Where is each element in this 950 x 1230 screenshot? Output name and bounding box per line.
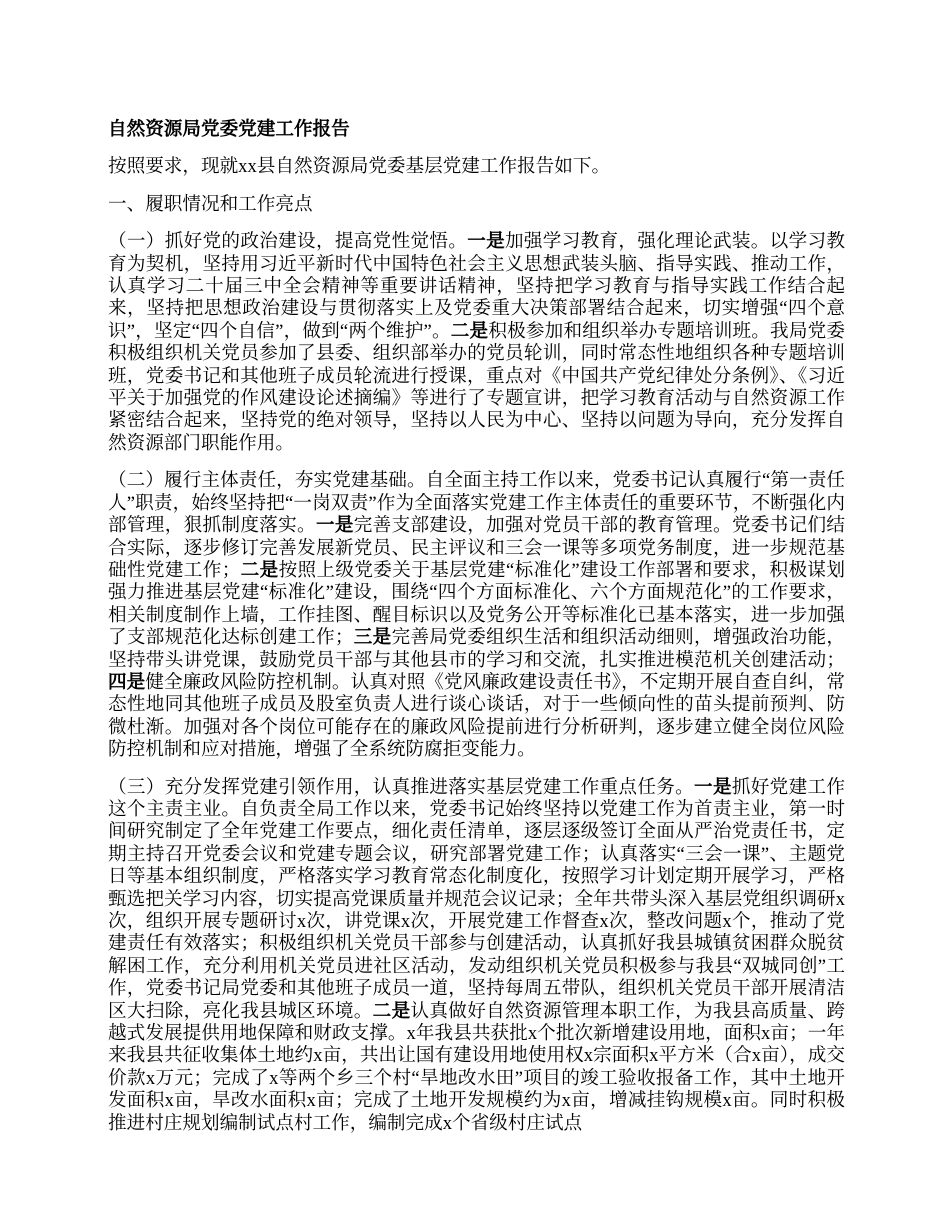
body-text: 抓好党建工作这个主责主业。自负责全局工作以来，党委书记始终坚持以党建工作为首责主… bbox=[108, 777, 845, 1022]
emphasis-text: 二是 bbox=[451, 321, 489, 342]
document-title: 自然资源局党委党建工作报告 bbox=[108, 119, 845, 141]
paragraph: （二）履行主体责任，夯实党建基础。自全面主持工作以来，党委书记认真履行“第一责任… bbox=[108, 470, 845, 761]
emphasis-text: 一是 bbox=[694, 777, 732, 798]
paragraph: （一）抓好党的政治建设，提高党性觉悟。一是加强学习教育，强化理论武装。以学习教育… bbox=[108, 231, 845, 455]
emphasis-text: 二是 bbox=[373, 1001, 411, 1022]
paragraph: （三）充分发挥党建引领作用，认真推进落实基层党建工作重点任务。一是抓好党建工作这… bbox=[108, 777, 845, 1136]
body-text: 一、履职情况和工作亮点 bbox=[108, 194, 313, 215]
paragraph: 按照要求，现就xx县自然资源局党委基层党建工作报告如下。 bbox=[108, 156, 845, 178]
body-text: 健全廉政风险防控机制。认真对照《党风廉政建设责任书》，不定期开展自查自纠，常态性… bbox=[108, 672, 845, 760]
body-text: （三）充分发挥党建引领作用，认真推进落实基层党建工作重点任务。 bbox=[108, 777, 694, 798]
body-text: （一）抓好党的政治建设，提高党性觉悟。 bbox=[108, 231, 467, 252]
document-body: 按照要求，现就xx县自然资源局党委基层党建工作报告如下。一、履职情况和工作亮点（… bbox=[108, 156, 845, 1135]
body-text: 按照要求，现就xx县自然资源局党委基层党建工作报告如下。 bbox=[108, 156, 610, 177]
section-heading: 一、履职情况和工作亮点 bbox=[108, 194, 845, 216]
emphasis-text: 一是 bbox=[467, 231, 505, 252]
emphasis-text: 三是 bbox=[353, 627, 391, 648]
emphasis-text: 一是 bbox=[316, 515, 354, 536]
emphasis-text: 二是 bbox=[240, 560, 278, 581]
document-page: 自然资源局党委党建工作报告 按照要求，现就xx县自然资源局党委基层党建工作报告如… bbox=[0, 0, 950, 1230]
emphasis-text: 四是 bbox=[108, 672, 145, 693]
